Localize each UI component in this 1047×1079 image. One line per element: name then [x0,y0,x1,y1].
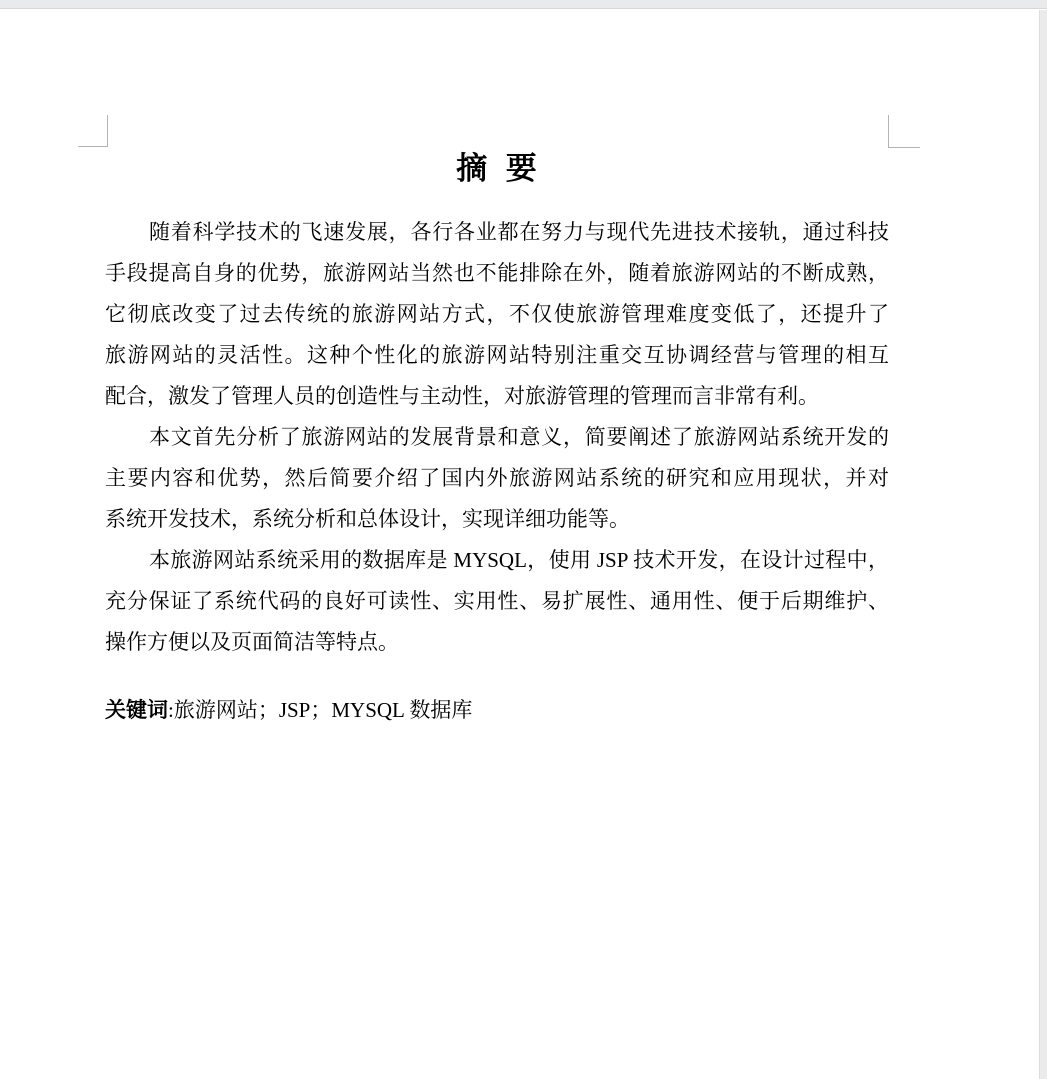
paragraph-line: 配合，激发了管理人员的创造性与主动性，对旅游管理的管理而言非常有利。 [105,376,889,417]
document-page: 摘 要 随着科学技术的飞速发展，各行各业都在努力与现代先进技术接轨，通过科技手段… [0,10,1039,1079]
paragraph-line: 操作方便以及页面简洁等特点。 [105,622,889,663]
keywords-line: 关键词:旅游网站；JSP；MYSQL 数据库 [105,690,889,731]
vertical-scrollbar-track[interactable] [1039,10,1047,1079]
paragraph-line: 随着科学技术的飞速发展，各行各业都在努力与现代先进技术接轨，通过科技 [105,212,889,253]
abstract-title: 摘 要 [105,10,889,188]
paragraph-line: 旅游网站的灵活性。这种个性化的旅游网站特别注重交互协调经营与管理的相互 [105,335,889,376]
page-content: 摘 要 随着科学技术的飞速发展，各行各业都在努力与现代先进技术接轨，通过科技手段… [105,10,889,731]
paragraph-line: 手段提高自身的优势，旅游网站当然也不能排除在外，随着旅游网站的不断成熟， [105,253,889,294]
paragraph-line: 它彻底改变了过去传统的旅游网站方式，不仅使旅游管理难度变低了，还提升了 [105,294,889,335]
keywords-label: 关键词 [105,698,168,722]
paragraph-line: 充分保证了系统代码的良好可读性、实用性、易扩展性、通用性、便于后期维护、 [105,581,889,622]
window-chrome-bar [0,0,1047,9]
paragraph-line: 本文首先分析了旅游网站的发展背景和意义，简要阐述了旅游网站系统开发的 [105,417,889,458]
keywords-text: :旅游网站；JSP；MYSQL 数据库 [168,698,472,722]
paragraph-line: 本旅游网站系统采用的数据库是 MYSQL，使用 JSP 技术开发，在设计过程中， [105,540,889,581]
text-boundary-mark-top-right [888,115,920,148]
text-boundary-mark-top-left [78,115,108,147]
paragraph-line: 主要内容和优势，然后简要介绍了国内外旅游网站系统的研究和应用现状，并对 [105,458,889,499]
paragraph-line: 系统开发技术，系统分析和总体设计，实现详细功能等。 [105,499,889,540]
abstract-paragraphs: 随着科学技术的飞速发展，各行各业都在努力与现代先进技术接轨，通过科技手段提高自身… [105,212,889,663]
